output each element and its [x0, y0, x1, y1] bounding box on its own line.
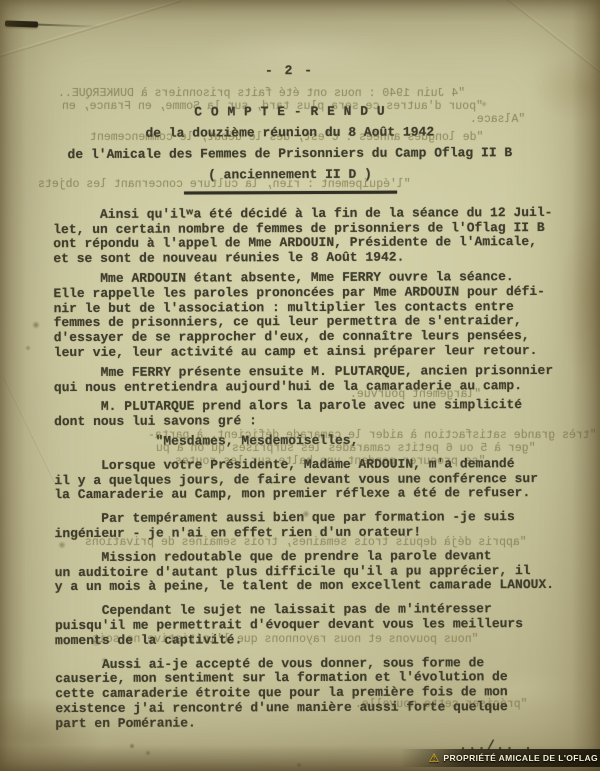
paragraph: Mme FERRY présente ensuite M. PLUTARQUE,… — [54, 364, 570, 396]
warning-triangle-icon: ⚠ — [429, 752, 440, 764]
title-underline — [184, 190, 397, 194]
subtitle-reunion: de la douzième réunion du 8 Août 1942 — [32, 121, 548, 144]
corner-ink-mark — [5, 20, 38, 27]
document-body: Ainsi qu'ilʷa été décidé à la fin de la … — [53, 206, 571, 732]
title-block: C O M P T E - R E N D U de la douzième r… — [32, 100, 548, 195]
document-photo: "4 Juin 1940 : nous ont été faits prison… — [0, 0, 600, 771]
paragraph: Mission redoutable que de prendre la par… — [55, 549, 571, 596]
paragraph: Ainsi qu'ilʷa été décidé à la fin de la … — [53, 206, 569, 267]
paragraph: Cependant le sujet ne laissait pas de m'… — [55, 602, 571, 649]
paragraph: Aussi ai-je accepté de vous donner, sous… — [55, 655, 571, 731]
paragraph: Mme ARDOUIN étant absente, Mme FERRY ouv… — [53, 270, 569, 361]
crease-line — [0, 0, 182, 60]
paragraph: M. PLUTARQUE prend alors la parole avec … — [54, 398, 570, 430]
watermark-label: PROPRIÉTÉ AMICALE DE L'OFLAG — [443, 753, 598, 763]
subtitle-anciennement: ( anciennement II D ) — [32, 163, 548, 186]
page-number: - 2 - — [31, 63, 547, 80]
paragraph: Par tempérament aussi bien que par forma… — [54, 510, 570, 542]
crease-line — [3, 377, 57, 486]
typed-content: - 2 - C O M P T E - R E N D U de la douz… — [52, 63, 571, 756]
watermark-banner: ⚠ PROPRIÉTÉ AMICALE DE L'OFLAG — [401, 749, 600, 767]
paragraph: "Mesdames, Mesdemoiselles, — [54, 433, 570, 450]
subtitle-amicale: de l'Amicale des Femmes de Prisonniers d… — [32, 142, 548, 165]
paragraph: Lorsque votre Présidente, Madame ARDOUIN… — [54, 457, 570, 504]
document-title: C O M P T E - R E N D U — [32, 100, 548, 123]
